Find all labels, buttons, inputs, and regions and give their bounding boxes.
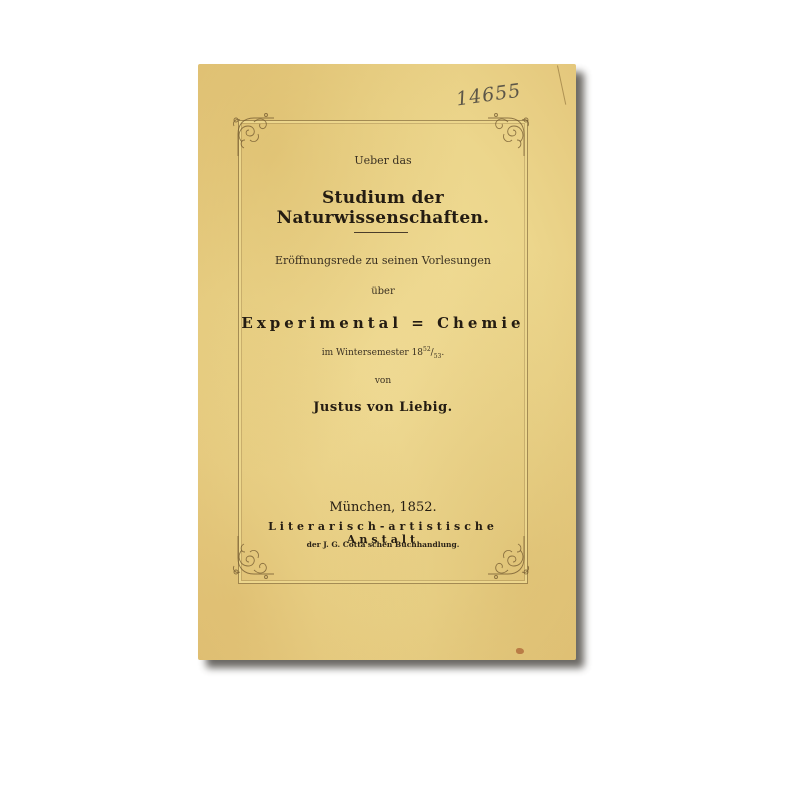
place-and-year: München, 1852. bbox=[238, 500, 528, 515]
main-title: Studium der Naturwissenschaften. bbox=[238, 188, 528, 228]
paper-stain bbox=[516, 648, 524, 654]
preposition-ueber: über bbox=[238, 286, 528, 297]
semester-year-bottom: 53 bbox=[434, 353, 442, 360]
corner-ornament-icon bbox=[230, 112, 276, 158]
page-edge-mark bbox=[557, 64, 576, 105]
semester-prefix: im Wintersemester 18 bbox=[322, 348, 423, 358]
subtitle: Eröffnungsrede zu seinen Vorlesungen bbox=[238, 254, 528, 267]
stage: 14655 bbox=[0, 0, 800, 800]
publisher-house: der J. G. Cotta'schen Buchhandlung. bbox=[238, 540, 528, 549]
pre-title: Ueber das bbox=[238, 154, 528, 167]
title-divider bbox=[354, 232, 408, 233]
corner-ornament-icon bbox=[486, 112, 532, 158]
semester-line: im Wintersemester 1852/53. bbox=[238, 346, 528, 360]
handwritten-catalog-number: 14655 bbox=[455, 80, 523, 111]
preposition-von: von bbox=[238, 376, 528, 386]
semester-year-top: 52 bbox=[423, 346, 431, 353]
author-name: Justus von Liebig. bbox=[238, 400, 528, 415]
title-page: 14655 bbox=[198, 64, 576, 660]
subject-title: Experimental = Chemie bbox=[238, 314, 528, 332]
